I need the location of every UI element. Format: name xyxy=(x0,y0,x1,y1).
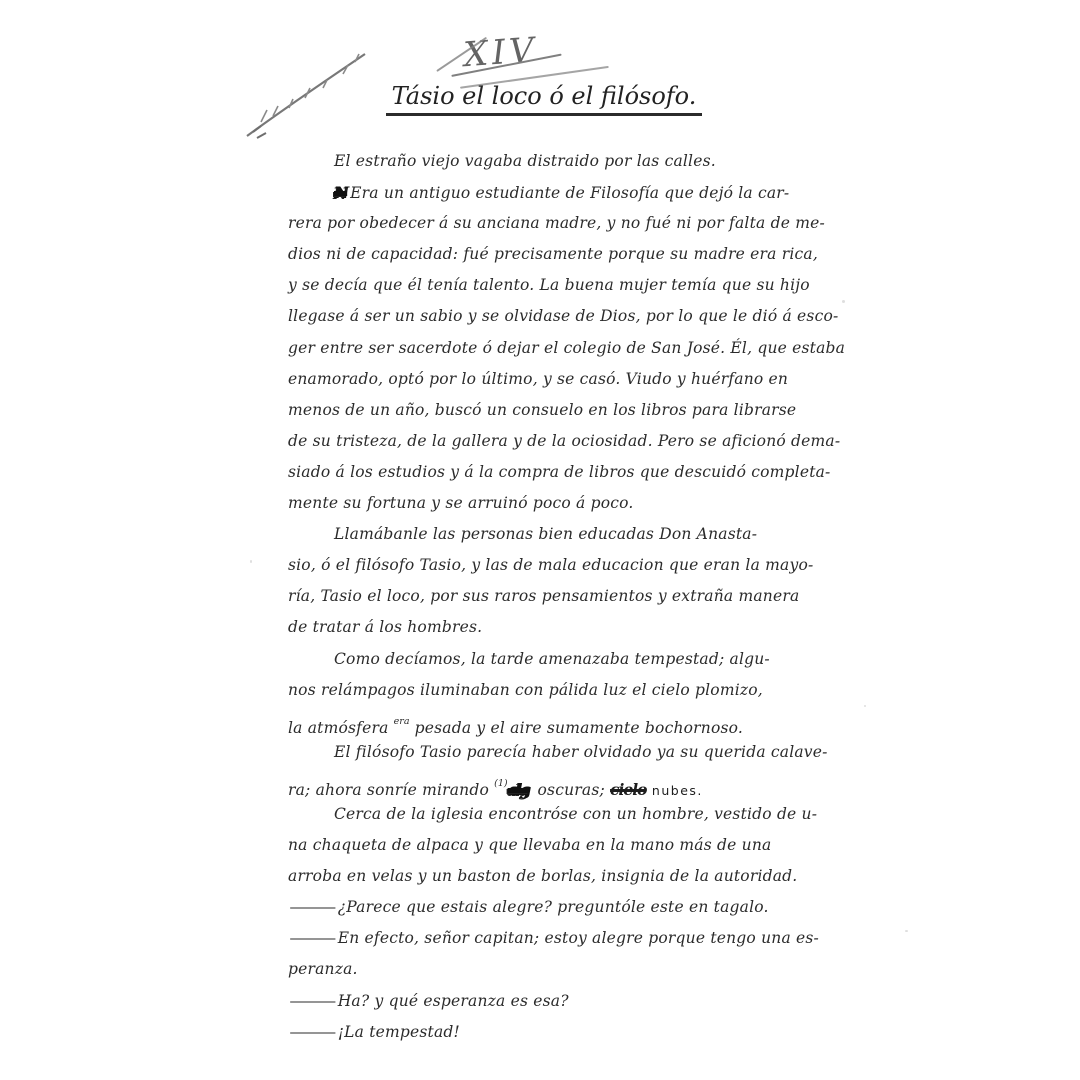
manuscript-segment-scribble: alg xyxy=(508,780,529,799)
manuscript-text: El estraño viejo vagaba distraido por la… xyxy=(288,146,808,1048)
manuscript-line: mente su fortuna y se arruinó poco á poc… xyxy=(288,488,808,519)
manuscript-line: arroba en velas y un baston de borlas, i… xyxy=(288,861,808,892)
manuscript-segment: El filósofo Tasio parecía haber olvidado… xyxy=(334,743,828,761)
manuscript-line: ra; ahora sonríe mirando (1)alg oscuras;… xyxy=(288,768,808,799)
manuscript-line: ger entre ser sacerdote ó dejar el coleg… xyxy=(288,333,808,364)
manuscript-line: El filósofo Tasio parecía haber olvidado… xyxy=(288,737,808,768)
manuscript-line: la atmósfera era pesada y el aire sumame… xyxy=(288,706,808,737)
chapter-number: XIV xyxy=(462,30,539,75)
manuscript-segment: En efecto, señor capitan; estoy alegre p… xyxy=(338,929,819,947)
manuscript-segment: pesada y el aire sumamente bochornoso. xyxy=(410,719,744,737)
manuscript-line: de su tristeza, de la gallera y de la oc… xyxy=(288,426,808,457)
manuscript-segment-dash: — xyxy=(288,923,338,954)
manuscript-line: El estraño viejo vagaba distraido por la… xyxy=(288,146,808,177)
manuscript-segment: llegase á ser un sabio y se olvidase de … xyxy=(288,307,838,325)
manuscript-segment: nos relámpagos iluminaban con pálida luz… xyxy=(288,681,763,699)
manuscript-segment: arroba en velas y un baston de borlas, i… xyxy=(288,867,797,885)
manuscript-segment: Como decíamos, la tarde amenazaba tempes… xyxy=(334,650,770,668)
page-title: Tásio el loco ó el filósofo. xyxy=(288,82,800,110)
manuscript-segment: Cerca de la iglesia encontróse con un ho… xyxy=(334,805,817,823)
manuscript-segment: Ha? y qué esperanza es esa? xyxy=(338,992,569,1010)
manuscript-segment-dash: — xyxy=(288,986,338,1017)
manuscript-segment: de su tristeza, de la gallera y de la oc… xyxy=(288,432,840,450)
manuscript-segment: y se decía que él tenía talento. La buen… xyxy=(288,276,810,294)
manuscript-segment: na chaqueta de alpaca y que llevaba en l… xyxy=(288,836,771,854)
manuscript-line: y se decía que él tenía talento. La buen… xyxy=(288,270,808,301)
manuscript-line: —¿Parece que estais alegre? preguntóle e… xyxy=(288,892,808,923)
manuscript-line: —En efecto, señor capitan; estoy alegre … xyxy=(288,923,808,954)
scan-speckle xyxy=(905,930,908,932)
manuscript-segment: dios ni de capacidad: fué precisamente p… xyxy=(288,245,818,263)
manuscript-segment-scribble: N xyxy=(334,183,346,202)
manuscript-line: —Ha? y qué esperanza es esa? xyxy=(288,986,808,1017)
manuscript-segment: ra; ahora sonríe mirando xyxy=(288,781,494,799)
manuscript-segment: de tratar á los hombres. xyxy=(288,618,482,636)
manuscript-line: de tratar á los hombres. xyxy=(288,612,808,643)
manuscript-segment: siado á los estudios y á la compra de li… xyxy=(288,463,831,481)
scan-speckle xyxy=(250,560,252,563)
manuscript-line: Llamábanle las personas bien educadas Do… xyxy=(288,519,808,550)
scan-speckle xyxy=(864,705,866,707)
manuscript-segment: peranza. xyxy=(288,960,358,978)
manuscript-segment: sio, ó el filósofo Tasio, y las de mala … xyxy=(288,556,813,574)
manuscript-line: na chaqueta de alpaca y que llevaba en l… xyxy=(288,830,808,861)
manuscript-line: Cerca de la iglesia encontróse con un ho… xyxy=(288,799,808,830)
page-title-text: Tásio el loco ó el filósofo. xyxy=(386,82,703,116)
manuscript-segment-dash: — xyxy=(288,1017,338,1048)
manuscript-segment-sup: (1) xyxy=(494,778,507,789)
manuscript-segment: ¿Parece que estais alegre? preguntóle es… xyxy=(338,898,769,916)
manuscript-segment-sup: era xyxy=(394,716,410,727)
manuscript-line: NEra un antiguo estudiante de Filosofía … xyxy=(288,177,808,208)
scan-speckle xyxy=(842,300,845,303)
manuscript-segment-insert: nubes. xyxy=(646,783,702,798)
manuscript-segment-strike: cielo xyxy=(610,780,646,799)
manuscript-line: —¡La tempestad! xyxy=(288,1017,808,1048)
manuscript-segment: ría, Tasio el loco, por sus raros pensam… xyxy=(288,587,799,605)
manuscript-line: siado á los estudios y á la compra de li… xyxy=(288,457,808,488)
manuscript-line: menos de un año, buscó un consuelo en lo… xyxy=(288,395,808,426)
manuscript-segment: ¡La tempestad! xyxy=(338,1023,460,1041)
manuscript-line: llegase á ser un sabio y se olvidase de … xyxy=(288,301,808,332)
manuscript-line: dios ni de capacidad: fué precisamente p… xyxy=(288,239,808,270)
manuscript-segment: la atmósfera xyxy=(288,719,394,737)
manuscript-segment: mente su fortuna y se arruinó poco á poc… xyxy=(288,494,634,512)
manuscript-line: peranza. xyxy=(288,954,808,985)
manuscript-segment: enamorado, optó por lo último, y se casó… xyxy=(288,370,788,388)
manuscript-segment: ger entre ser sacerdote ó dejar el coleg… xyxy=(288,339,845,357)
manuscript-segment: Era un antiguo estudiante de Filosofía q… xyxy=(350,184,789,202)
manuscript-segment: rera por obedecer á su anciana madre, y … xyxy=(288,214,825,232)
manuscript-segment: oscuras; xyxy=(532,781,610,799)
manuscript-page: XIV Tásio el loco ó el filósofo. El estr… xyxy=(0,0,1080,1080)
manuscript-line: ría, Tasio el loco, por sus raros pensam… xyxy=(288,581,808,612)
manuscript-line: rera por obedecer á su anciana madre, y … xyxy=(288,208,808,239)
manuscript-segment: Llamábanle las personas bien educadas Do… xyxy=(334,525,757,543)
manuscript-line: sio, ó el filósofo Tasio, y las de mala … xyxy=(288,550,808,581)
manuscript-segment-dash: — xyxy=(288,892,338,923)
manuscript-line: nos relámpagos iluminaban con pálida luz… xyxy=(288,675,808,706)
manuscript-segment: El estraño viejo vagaba distraido por la… xyxy=(334,152,716,170)
manuscript-line: enamorado, optó por lo último, y se casó… xyxy=(288,364,808,395)
manuscript-line: Como decíamos, la tarde amenazaba tempes… xyxy=(288,644,808,675)
manuscript-segment: menos de un año, buscó un consuelo en lo… xyxy=(288,401,796,419)
